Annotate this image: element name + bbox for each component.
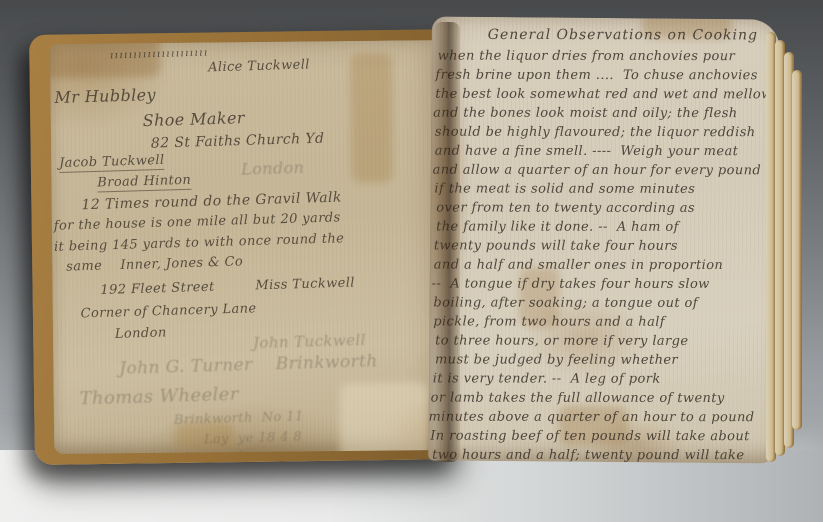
handwritten-line: Broad Hinton (97, 174, 191, 193)
handwritten-line: should be highly flavoured; the liquor r… (435, 126, 756, 141)
handwritten-line: John G. Turner Brinkworth (119, 352, 378, 378)
handwritten-line: it is very tender. -- A leg of pork (433, 372, 661, 387)
page-stack-edges (766, 30, 806, 466)
handwritten-line: Lay ye 18 4 8 (204, 431, 303, 448)
page-edge (792, 70, 802, 430)
handwritten-line: boiling, after soaking; a tongue out of (433, 296, 698, 311)
handwritten-line: twenty pounds will take four hours (434, 239, 678, 254)
handwritten-line: 192 Fleet Street Miss Tuckwell (100, 276, 355, 298)
handwritten-line: London (115, 326, 167, 342)
handwritten-line: the best look somewhat red and wet and m… (435, 88, 772, 103)
handwritten-line: ııııııııııııııııııııı (110, 47, 209, 61)
handwritten-line: 12 Times round do the Gravil Walk (81, 191, 342, 214)
handwritten-line: London (241, 159, 305, 178)
handwritten-line: to three hours, or more if very large (435, 334, 688, 349)
handwritten-line: Corner of Chancery Lane (81, 302, 257, 322)
handwritten-line: same Inner, Jones & Co (66, 255, 243, 275)
paper-stain (350, 53, 393, 183)
handwritten-line: Mr Hubbley (54, 86, 156, 107)
handwritten-line: John Tuckwell (253, 332, 366, 352)
handwritten-line: and have a fine smell. ---- Weigh your m… (435, 145, 739, 160)
handwritten-line: and a half and smaller ones in proportio… (434, 259, 723, 274)
handwritten-line: Shoe Maker (142, 109, 245, 130)
handwritten-line: and allow a quarter of an hour for every… (433, 164, 762, 179)
right-page: General Observations on Cooking when the… (428, 16, 780, 463)
left-page: ııııııııııııııııııııı Alice Tuckwell Mr … (50, 40, 452, 454)
paper-stain (339, 382, 428, 454)
handwritten-line: Thomas Wheeler (79, 385, 239, 410)
handwritten-line: 82 St Faiths Church Yd (151, 132, 325, 153)
page-heading: General Observations on Cooking (488, 28, 758, 44)
handwritten-line: Brinkworth No 11 (174, 410, 304, 428)
photo-of-open-manuscript: ııııııııııııııııııııı Alice Tuckwell Mr … (0, 0, 823, 522)
handwritten-line: and the bones look moist and oily; the f… (433, 107, 738, 122)
handwritten-line: for the house is one mile all but 20 yar… (54, 211, 341, 234)
handwritten-line: it being 145 yards to with once round th… (54, 232, 345, 255)
handwritten-line: pickle, from two hours and a half (433, 315, 665, 330)
handwritten-line: minutes above a quarter of an hour to a … (428, 411, 754, 426)
handwritten-line: over from ten to twenty according as (436, 201, 695, 216)
handwritten-line: two hours and a half; twenty pound will … (432, 449, 744, 464)
open-book: ııııııııııııııııııııı Alice Tuckwell Mr … (22, 6, 782, 476)
handwritten-line: -- A tongue if dry takes four hours slow (432, 277, 710, 292)
handwritten-line: fresh brine upon them .... To chuse anch… (435, 69, 757, 84)
handwritten-line: In roasting beef of ten pounds will take… (430, 430, 750, 445)
handwritten-line: when the liquor dries from anchovies pou… (438, 50, 736, 65)
handwritten-line: Jacob Tuckwell (59, 154, 165, 173)
handwritten-line: if the meat is solid and some minutes (434, 182, 695, 197)
handwritten-line: or lamb takes the full allowance of twen… (431, 392, 725, 407)
handwritten-line: the family like it done. -- A ham of (436, 220, 679, 235)
handwritten-line: Alice Tuckwell (208, 58, 310, 75)
handwritten-line: must be judged by feeling whether (435, 353, 678, 368)
